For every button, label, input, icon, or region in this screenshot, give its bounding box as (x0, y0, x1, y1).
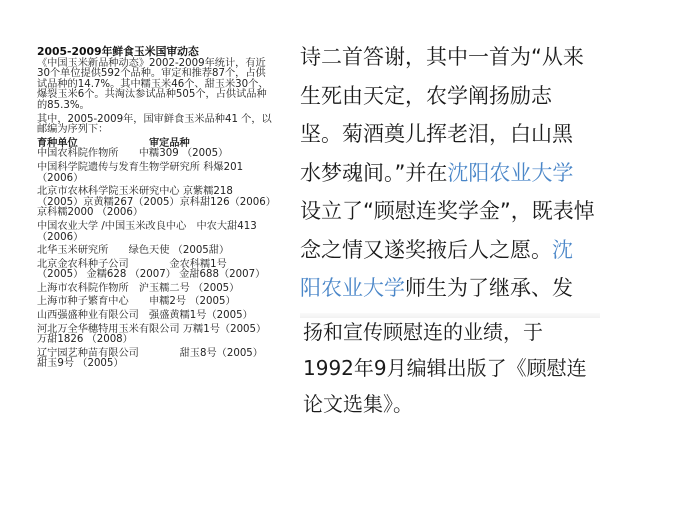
text-span: 诗二首答谢，其中一首为“从来 (300, 45, 584, 69)
text-span: 念之情又遂奖掖后人之愿。 (300, 238, 552, 262)
list-item: 北华玉米研究所 绿色天使 （2005甜） (37, 246, 272, 257)
text-span: 生死由天定，农学阐扬励志 (300, 84, 552, 108)
text-line: 水梦魂间。”并在沈阳农业大学 (300, 154, 630, 193)
text-line: 念之情又遂奖掖后人之愿。沈 (300, 231, 630, 270)
text-line: 扬和宣传顾慰连的业绩，于 (303, 314, 633, 350)
text-line: 诗二首答谢，其中一首为“从来 (300, 38, 630, 77)
text-line: 坚。菊酒奠儿挥老泪，白山黑 (300, 115, 630, 154)
article-intro: 《中国玉米新品种动态》2002-2009年统计，有近30个单位提供592个品种。… (37, 59, 272, 112)
text-line: 阳农业大学师生为了继承、发 (300, 269, 630, 308)
biography-excerpt: 诗二首答谢，其中一首为“从来 生死由天定，农学阐扬励志 坚。菊酒奠儿挥老泪，白山… (300, 38, 630, 308)
text-line: 设立了“顾慰连奖学金”，既表悼 (300, 192, 630, 231)
corn-variety-article: 2005-2009年鲜食玉米国审动态 《中国玉米新品种动态》2002-2009年… (37, 47, 272, 373)
text-span: 师生为了继承、发 (405, 276, 573, 300)
text-span: 设立了“顾慰连奖学金”，既表悼 (300, 199, 595, 223)
biography-excerpt-continued: 扬和宣传顾慰连的业绩，于 1992年9月编辑出版了《顾慰连 论文选集》。 (303, 314, 633, 422)
text-line: 论文选集》。 (303, 386, 633, 422)
list-item: 北京金农科种子公司 金农科糯1号（2005） 金糯628 （2007） 金甜68… (37, 260, 272, 281)
list-item: 河北万全华穗特用玉米有限公司 万糯1号（2005） 万甜1826 （2008） (37, 325, 272, 346)
university-link[interactable]: 沈 (552, 238, 573, 262)
text-span: 水梦魂间。”并在 (300, 161, 447, 185)
text-span: 坚。菊酒奠儿挥老泪，白山黑 (300, 122, 573, 146)
list-item: 中国农业大学 /中国玉米改良中心 中农大甜413（2006） (37, 222, 272, 243)
list-item: 上海市农科院作物所 沪玉糯二号 （2005） (37, 284, 272, 295)
list-item: 中国科学院遗传与发育生物学研究所 科爆201 （2006） (37, 163, 272, 184)
entry-list: 中国农科院作物所 中糯309 （2005） 中国科学院遗传与发育生物学研究所 科… (37, 149, 272, 370)
list-item: 上海市种子繁育中心 申糯2号 （2005） (37, 297, 272, 308)
text-line: 1992年9月编辑出版了《顾慰连 (303, 350, 633, 386)
list-item: 中国农科院作物所 中糯309 （2005） (37, 149, 272, 160)
article-title: 2005-2009年鲜食玉米国审动态 (37, 47, 272, 58)
text-line: 生死由天定，农学阐扬励志 (300, 77, 630, 116)
list-item: 辽宁园艺种苗有限公司 甜玉8号（2005） 甜玉9号 （2005） (37, 349, 272, 370)
list-item: 山西强盛种业有限公司 强盛黄糯1号（2005） (37, 311, 272, 322)
article-summary: 其中，2005-2009年，国审鲜食玉米品种41 个，以邮编为序列下： (37, 115, 272, 136)
university-link[interactable]: 沈阳农业大学 (447, 161, 573, 185)
university-link[interactable]: 阳农业大学 (300, 276, 405, 300)
list-item: 北京市农林科学院玉米研究中心 京紫糯218（2005）京黄糯267（2005）京… (37, 187, 272, 219)
